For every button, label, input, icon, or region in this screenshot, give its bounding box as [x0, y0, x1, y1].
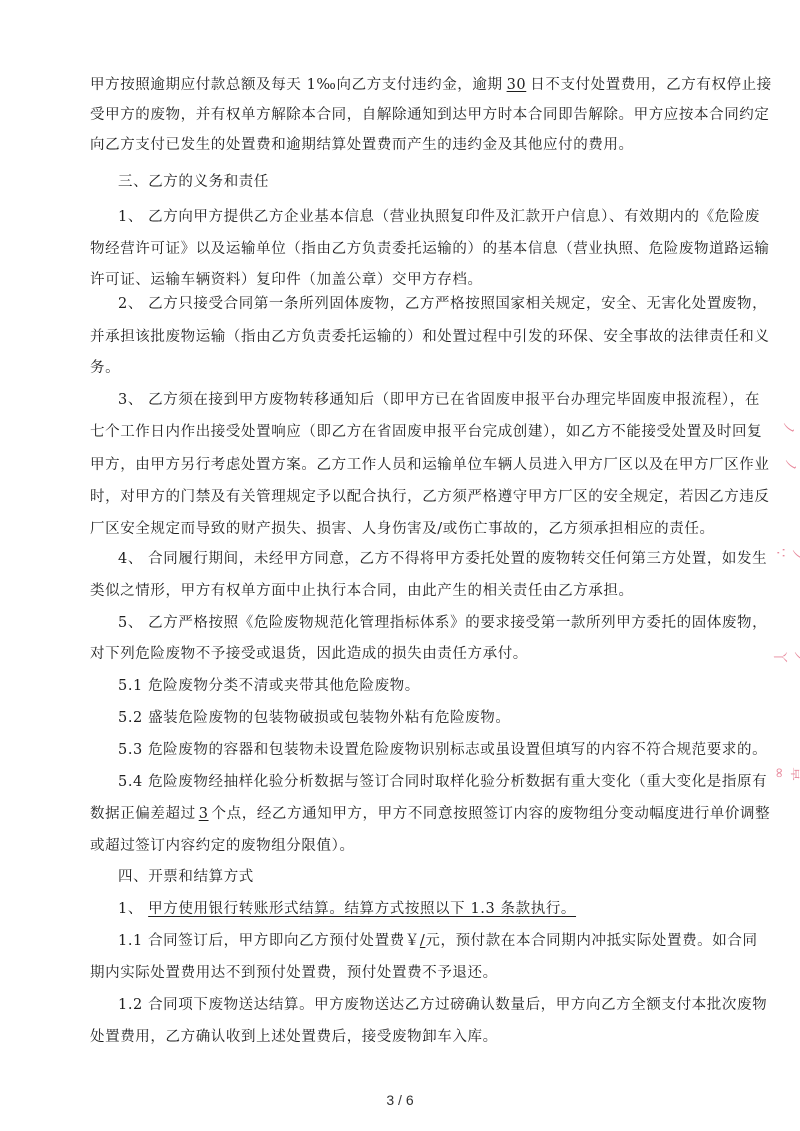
sub-clause: 5.4 危险废物经抽样化验分析数据与签订合同时取样化验分析数据有重大变化（重大变…: [118, 772, 720, 792]
seal-fragment-icon: ノ∵: [772, 548, 800, 568]
deviation-points-value: 3: [196, 806, 212, 822]
sub-clause: 1.1 合同签订后，甲方即向乙方预付处置费￥/元，预付款在本合同期内冲抵实际处置…: [118, 931, 720, 951]
paragraph-line: 对下列危险废物不予接受或退货，因此造成的损失由责任方承付。: [90, 644, 720, 664]
paragraph-line: 甲方，由甲方另行考虑处置方案。乙方工作人员和运输单位车辆人员进入甲方厂区以及在甲…: [90, 455, 720, 475]
paragraph-line: 厂区安全规定而导致的财产损失、损害、人身伤害及/或伤亡事故的，乙方须承担相应的责…: [90, 519, 720, 539]
document-page: 甲方按照逾期应付款总额及每天 1‰向乙方支付违约金，逾期30日不支付处置费用，乙…: [0, 0, 800, 1131]
paragraph-line: 并承担该批废物运输（指由乙方负责委托运输的）和处置过程中引发的环保、安全事故的法…: [90, 327, 720, 347]
paragraph-line: 或超过签订内容约定的废物组分限值）。: [90, 836, 720, 856]
paragraph-line: 受甲方的废物，并有权单方解除本合同，自解除通知到达甲方时本合同即告解除。甲方应按…: [90, 105, 720, 125]
settlement-method-clause: 1、 甲方使用银行转账形式结算。结算方式按照以下 1.3 条款执行。: [118, 899, 720, 919]
paragraph-line: 期内实际处置费用达不到预付处置费，预付处置费不予退还。: [90, 963, 720, 983]
paragraph-line: 向乙方支付已发生的处置费和逾期结算处置费而产生的违约金及其他应付的费用。: [90, 135, 720, 155]
paragraph-line: 5、 乙方严格按照《危险废物规范化管理指标体系》的要求接受第一款所列甲方委托的固…: [118, 613, 720, 633]
page-number: 3 / 6: [0, 1092, 800, 1108]
sub-clause: 5.3 危险废物的容器和包装物未设置危险废物识别标志或虽设置但填写的内容不符合规…: [118, 740, 720, 760]
paragraph-line: 许可证、运输车辆资料）复印件（加盖公章）交甲方存档。: [90, 270, 720, 290]
paragraph-line: 七个工作日内作出接受处置响应（即乙方在省固废申报平台完成创建），如乙方不能接受处…: [90, 422, 720, 442]
paragraph-line: 2、 乙方只接受合同第一条所列固体废物，乙方严格按照国家相关规定，安全、无害化处…: [118, 294, 720, 314]
paragraph-line: 时，对甲方的门禁及有关管理规定予以配合执行，乙方须严格遵守甲方厂区的安全规定，若…: [90, 487, 720, 507]
seal-fragment-icon: ノ: [779, 421, 799, 435]
paragraph-line: 3、 乙方须在接到甲方废物转移通知后（即甲方已在省固废申报平台办理完毕固废申报流…: [118, 390, 720, 410]
seal-fragment-icon: ノ: [781, 458, 800, 472]
seal-fragment-icon: ノ丫: [770, 650, 800, 670]
section-heading: 三、乙方的义务和责任: [118, 172, 720, 192]
paragraph-line: 1、 乙方向甲方提供乙方企业基本信息（营业执照复印件及汇款开户信息）、有效期内的…: [118, 207, 720, 227]
sub-clause: 5.2 盛装危险废物的包装物破损或包装物外粘有危险废物。: [118, 708, 720, 728]
text-segment: 个点，经乙方通知甲方，甲方不同意按照签订内容的废物组分变动幅度进行单价调整: [212, 806, 771, 822]
paragraph-line: 处置费用，乙方确认收到上述处置费后，接受废物卸车入库。: [90, 1027, 720, 1047]
sub-clause: 5.1 危险废物分类不清或夹带其他危险废物。: [118, 676, 720, 696]
paragraph-line: 甲方按照逾期应付款总额及每天 1‰向乙方支付违约金，逾期30日不支付处置费用，乙…: [90, 75, 720, 95]
paragraph-line: 数据正偏差超过3个点，经乙方通知甲方，甲方不同意按照签订内容的废物组分变动幅度进…: [90, 804, 720, 824]
text-segment: 数据正偏差超过: [90, 806, 196, 822]
text-segment: 元，预付款在本合同期内冲抵实际处置费。如合同: [425, 933, 757, 949]
clause-number: 1、: [118, 901, 148, 917]
paragraph-line: 类似之情形，甲方有权单方面中止执行本合同，由此产生的相关责任由乙方承担。: [90, 581, 720, 601]
paragraph-line: 4、 合同履行期间，未经甲方同意，乙方不得将甲方委托处置的废物转交任何第三方处置…: [118, 549, 720, 569]
paragraph-line: 物经营许可证》以及运输单位（指由乙方负责委托运输的）的基本信息（营业执照、危险废…: [90, 239, 720, 259]
text-segment: 1.1 合同签订后，甲方即向乙方预付处置费￥: [118, 933, 420, 949]
overdue-days-value: 30: [503, 77, 531, 93]
paragraph-line: 务。: [90, 358, 720, 378]
section-heading: 四、开票和结算方式: [118, 867, 720, 887]
text-segment: 日不支付处置费用，乙方有权停止接: [530, 77, 772, 93]
text-segment: 甲方按照逾期应付款总额及每天 1‰向乙方支付违约金，逾期: [90, 77, 503, 93]
seal-fragment-icon: 章∞: [771, 767, 800, 789]
underlined-text: 甲方使用银行转账形式结算。结算方式按照以下 1.3 条款执行。: [148, 901, 576, 917]
sub-clause: 1.2 合同项下废物送达结算。甲方废物送达乙方过磅确认数量后，甲方向乙方全额支付…: [118, 995, 720, 1015]
